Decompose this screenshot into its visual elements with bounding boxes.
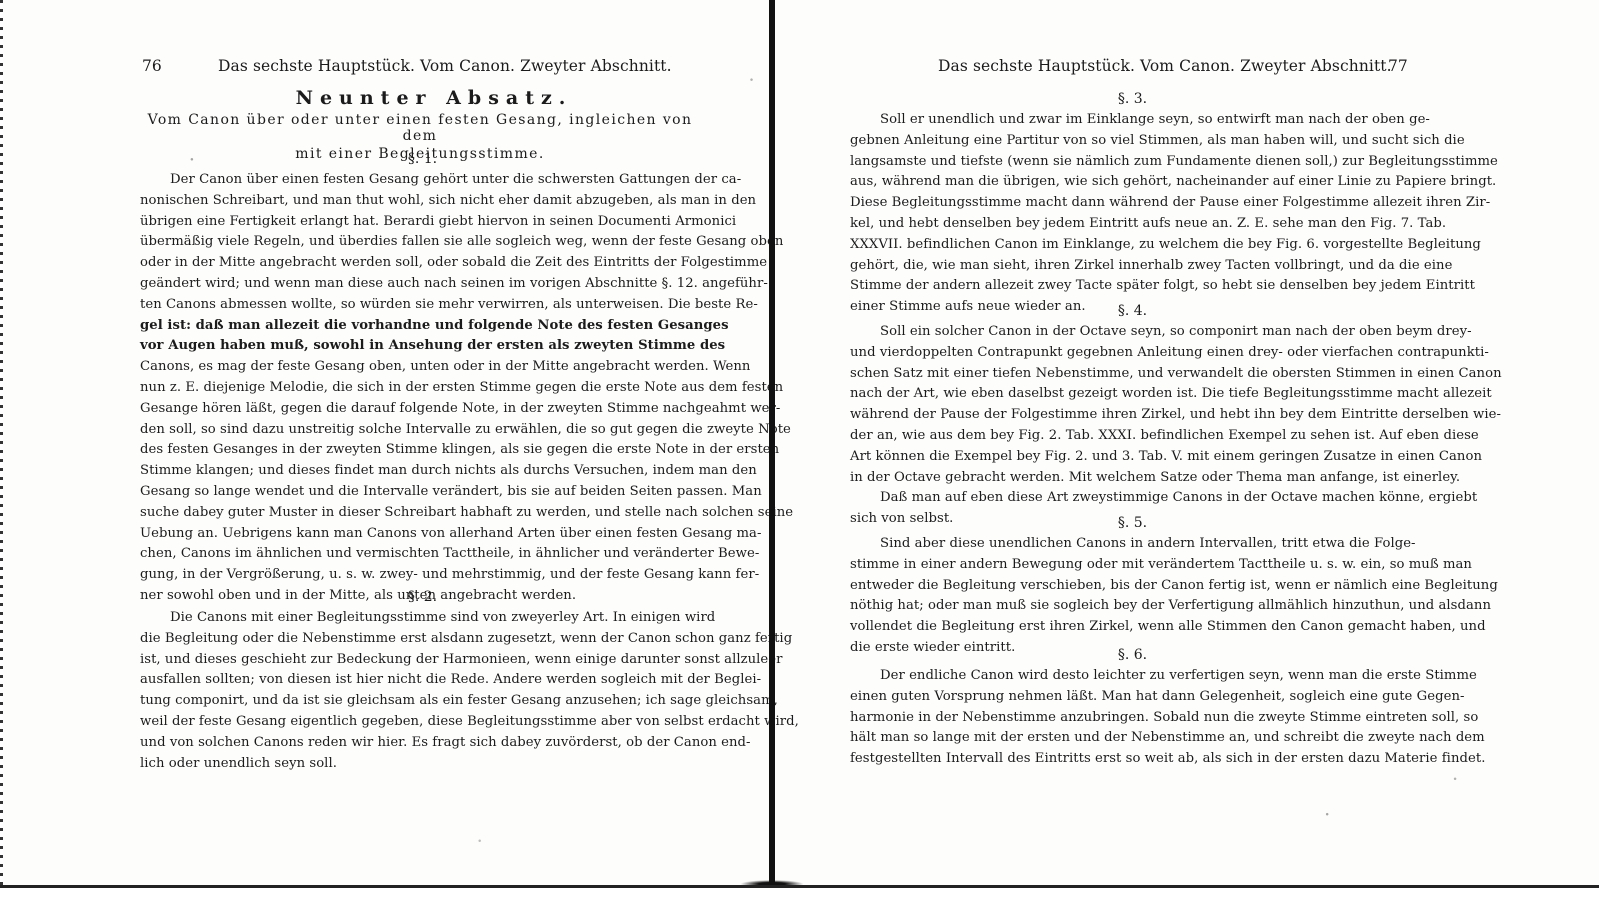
text-line: des festen Gesanges in der zweyten Stimm… (140, 440, 705, 461)
text-line: lich oder unendlich seyn soll. (140, 754, 705, 775)
text-line: und von solchen Canons reden wir hier. E… (140, 733, 705, 754)
section-mark: §. 3. (850, 88, 1415, 110)
text-line: den soll, so sind dazu unstreitig solche… (140, 420, 705, 441)
text-line: in der Octave gebracht werden. Mit welch… (850, 468, 1415, 489)
text-line: während der Pause der Folgestimme ihren … (850, 405, 1415, 426)
section-1: §. 1. Der Canon über einen festen Gesang… (140, 148, 705, 607)
text-line: der an, wie aus dem bey Fig. 2. Tab. XXX… (850, 426, 1415, 447)
text-line: Die Canons mit einer Begleitungsstimme s… (140, 608, 705, 629)
text-line: vor Augen haben muß, sowohl in Ansehung … (140, 336, 705, 357)
text-line: tung componirt, und da ist sie gleichsam… (140, 691, 705, 712)
chapter-subtitle-line: Vom Canon über oder unter einen festen G… (140, 112, 700, 144)
section-mark: §. 5. (850, 512, 1415, 534)
chapter-title: Neunter Absatz. (168, 86, 700, 110)
text-line: Soll ein solcher Canon in der Octave sey… (850, 322, 1415, 343)
section-3: §. 3. Soll er unendlich und zwar im Eink… (850, 88, 1415, 318)
text-line: Soll er unendlich und zwar im Einklange … (850, 110, 1415, 131)
text-line: vollendet die Begleitung erst ihren Zirk… (850, 617, 1415, 638)
running-title-right: Das sechste Hauptstück. Vom Canon. Zweyt… (938, 57, 1392, 75)
book-gutter (769, 0, 775, 888)
text-line: geändert wird; und wenn man diese auch n… (140, 274, 705, 295)
text-line: übermäßig viele Regeln, und überdies fal… (140, 232, 705, 253)
text-line: Uebung an. Uebrigens kann man Canons von… (140, 524, 705, 545)
running-head-right: Das sechste Hauptstück. Vom Canon. Zweyt… (850, 57, 1410, 77)
text-line: festgestellten Intervall des Eintritts e… (850, 749, 1415, 770)
section-5: §. 5. Sind aber diese unendlichen Canons… (850, 512, 1415, 659)
text-line: nach der Art, wie eben daselbst gezeigt … (850, 384, 1415, 405)
text-line: stimme in einer andern Bewegung oder mit… (850, 555, 1415, 576)
text-line: ten Canons abmessen wollte, so würden si… (140, 295, 705, 316)
text-line: Daß man auf eben diese Art zweystimmige … (850, 488, 1415, 509)
text-line: die Begleitung oder die Nebenstimme erst… (140, 629, 705, 650)
text-line: suche dabey guter Muster in dieser Schre… (140, 503, 705, 524)
scan-margin (0, 888, 1599, 918)
text-line: gehört, die, wie man sieht, ihren Zirkel… (850, 256, 1415, 277)
section-mark: §. 2. (140, 586, 705, 608)
section-mark: §. 4. (850, 300, 1415, 322)
book-spread: 76 Das sechste Hauptstück. Vom Canon. Zw… (0, 0, 1599, 918)
section-4: §. 4. Soll ein solcher Canon in der Octa… (850, 300, 1415, 530)
text-line: Diese Begleitungsstimme macht dann währe… (850, 193, 1415, 214)
text-line: gung, in der Vergrößerung, u. s. w. zwey… (140, 565, 705, 586)
text-line: einen guten Vorsprung nehmen läßt. Man h… (850, 687, 1415, 708)
section-mark: §. 1. (140, 148, 705, 170)
text-line: harmonie in der Nebenstimme anzubringen.… (850, 708, 1415, 729)
text-line: chen, Canons im ähnlichen und vermischte… (140, 544, 705, 565)
text-line: Der endliche Canon wird desto leichter z… (850, 666, 1415, 687)
text-line: hält man so lange mit der ersten und der… (850, 728, 1415, 749)
text-line: Der Canon über einen festen Gesang gehör… (140, 170, 705, 191)
text-line: Stimme klangen; und dieses findet man du… (140, 461, 705, 482)
text-line: nun z. E. diejenige Melodie, die sich in… (140, 378, 705, 399)
text-line: XXXVII. befindlichen Canon im Einklange,… (850, 235, 1415, 256)
text-line: Stimme der andern allezeit zwey Tacte sp… (850, 276, 1415, 297)
text-line: gebnen Anleitung eine Partitur von so vi… (850, 131, 1415, 152)
text-line: entweder die Begleitung verschieben, bis… (850, 576, 1415, 597)
running-head-left: 76 Das sechste Hauptstück. Vom Canon. Zw… (140, 57, 700, 77)
text-line: Art können die Exempel bey Fig. 2. und 3… (850, 447, 1415, 468)
text-line: aus, während man die übrigen, wie sich g… (850, 172, 1415, 193)
text-line: Gesange hören läßt, gegen die darauf fol… (140, 399, 705, 420)
text-line: schen Satz mit einer tiefen Nebenstimme,… (850, 364, 1415, 385)
text-line: langsamste und tiefste (wenn sie nämlich… (850, 152, 1415, 173)
text-line: Gesang so lange wendet und die Intervall… (140, 482, 705, 503)
text-line: Sind aber diese unendlichen Canons in an… (850, 534, 1415, 555)
text-line: nonischen Schreibart, und man thut wohl,… (140, 191, 705, 212)
left-scan-edge (0, 0, 3, 885)
text-line: ausfallen sollten; von diesen ist hier n… (140, 670, 705, 691)
section-6: §. 6. Der endliche Canon wird desto leic… (850, 644, 1415, 770)
text-line: oder in der Mitte angebracht werden soll… (140, 253, 705, 274)
section-mark: §. 6. (850, 644, 1415, 666)
page-number-right: 77 (1388, 57, 1408, 75)
text-line: ist, und dieses geschieht zur Bedeckung … (140, 650, 705, 671)
text-line: nöthig hat; oder man muß sie sogleich be… (850, 596, 1415, 617)
text-line: und vierdoppelten Contrapunkt gegebnen A… (850, 343, 1415, 364)
page-number-left: 76 (142, 57, 162, 75)
text-line: weil der feste Gesang eigentlich gegeben… (140, 712, 705, 733)
section-2: §. 2. Die Canons mit einer Begleitungsst… (140, 586, 705, 774)
text-line: übrigen eine Fertigkeit erlangt hat. Ber… (140, 212, 705, 233)
text-line: Canons, es mag der feste Gesang oben, un… (140, 357, 705, 378)
text-line: kel, und hebt denselben bey jedem Eintri… (850, 214, 1415, 235)
text-line: gel ist: daß man allezeit die vorhandne … (140, 316, 705, 337)
running-title-left: Das sechste Hauptstück. Vom Canon. Zweyt… (218, 57, 672, 75)
